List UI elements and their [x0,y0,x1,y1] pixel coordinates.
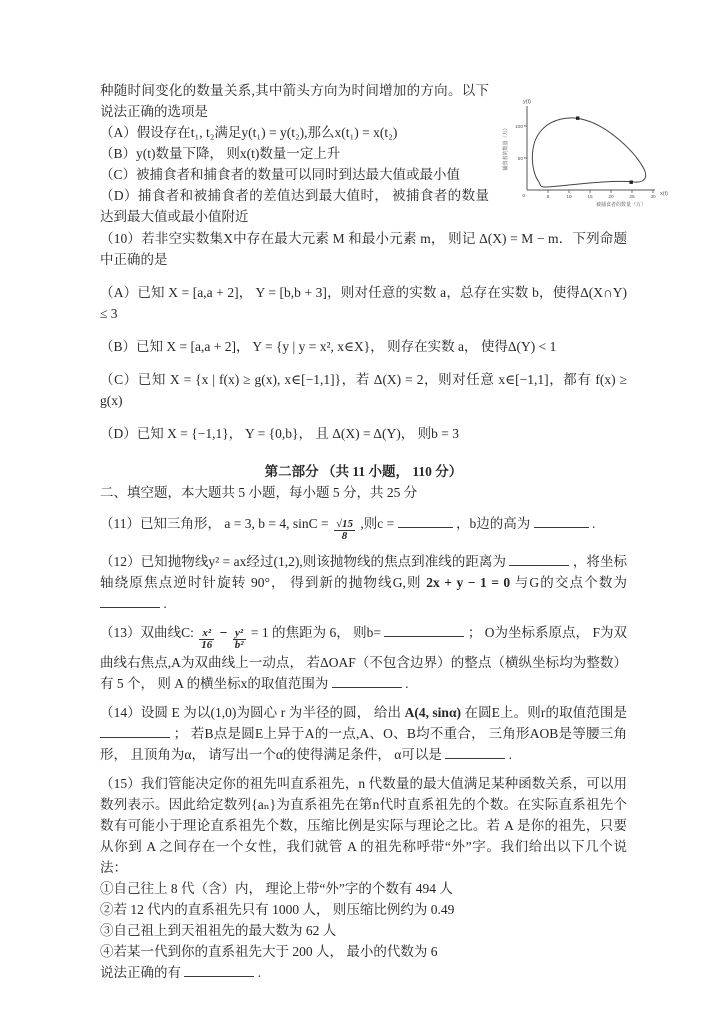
answer-blank [445,745,505,759]
q15-statement-4: ④若某一代到你的直系祖先大于 200 人， 最小的代数为 6 [100,941,627,962]
origin-label: 0 [522,193,525,199]
answer-blank [398,514,453,528]
q11-text: （11）已知三角形， a = 3, b = 4, sinC = [100,516,329,531]
q10-option-c: （C）已知 X = {x | f(x) ≥ g(x), x∈[−1,1]}，若 … [100,369,627,411]
q13-fraction-x: x²16 [199,628,214,652]
y-tick-label-100: 100 [515,124,523,130]
x-axis-title: 被捕食者的数量（万） [596,201,646,208]
q14-text: 在圆E上。则r的取值范围是 [464,705,627,720]
marked-point-top [576,117,579,120]
q14-point-a: A(4, sinα) [405,705,461,720]
predator-prey-phase-chart: y(t) x(t) 100 50 0 5 10 15 20 25 30 捕食者的… [497,96,667,216]
q10-option-a: （A）已知 X = [a,a + 2]， Y = [b,b + 3]，则对任意的… [100,282,627,324]
q15-statement-3: ③自己祖上到天祖祖先的最大数为 62 人 [100,920,627,941]
q11-text: ，b边的高为 [456,516,530,531]
part2-title: 第二部分 （共 11 小题， 110 分） [100,461,627,482]
fraction-denominator: b² [233,640,246,652]
q12-text: . [163,596,166,611]
answer-blank [100,594,160,608]
x-tick-label-25: 25 [629,194,635,200]
option-label: （D） [100,188,138,203]
q14-text: . [509,747,512,762]
answer-blank [184,963,254,977]
option-label: （C） [100,167,136,182]
option-label: （A） [100,125,137,140]
answer-blank [100,724,170,738]
q13-text: = 1 的焦距为 6， 则b= [251,625,381,640]
q15-statement-2: ②若 12 代内的直系祖先只有 1000 人， 则压缩比例约为 0.49 [100,899,627,920]
x-tick-label-30: 30 [650,194,656,200]
q12-text: （12）已知抛物线y² = ax经过(1,2),则该抛物线的焦点到准线的距离为 [100,554,506,569]
q13-text: . [405,676,408,691]
q12: （12）已知抛物线y² = ax经过(1,2),则该抛物线的焦点到准线的距离为 … [100,551,627,614]
option-label: （B） [100,146,136,161]
option-text: y(t)数量下降， 则x(t)数量一定上升 [136,146,340,161]
y-tick-label-50: 50 [518,156,524,162]
q15-stem: （15）我们管能决定你的祖先叫直系祖先，n 代数量的最大值满足某种函数关系，可以… [100,773,627,878]
x-axis-var-label: x(t) [660,191,668,197]
phase-plot-svg: y(t) x(t) 100 50 0 5 10 15 20 25 30 捕食者的… [497,96,669,210]
q11-text: ,则c = [360,516,394,531]
q13-fraction-y: y²b² [233,628,246,652]
answer-blank [509,552,569,566]
x-tick-label-20: 20 [608,194,614,200]
q10-option-b: （B）已知 X = [a,a + 2]， Y = {y | y = x², x∈… [100,336,627,357]
answer-blank [332,674,402,688]
q15: （15）我们管能决定你的祖先叫直系祖先，n 代数量的最大值满足某种函数关系，可以… [100,773,627,983]
part2-subtitle: 二、填空题，本大题共 5 小题，每小题 5 分，共 25 分 [100,482,627,503]
x-tick-label-10: 10 [566,194,572,200]
q14-text: （14）设圆 E 为以(1,0)为圆心 r 为半径的圆， 给出 [100,705,401,720]
fraction-denominator: 16 [199,640,214,652]
x-tick-label-5: 5 [547,194,550,200]
answer-blank [534,514,589,528]
q14: （14）设圆 E 为以(1,0)为圆心 r 为半径的圆， 给出 A(4, sin… [100,702,627,765]
exam-page-content: y(t) x(t) 100 50 0 5 10 15 20 25 30 捕食者的… [100,80,627,983]
q13: （13）双曲线C: x²16 − y²b² = 1 的焦距为 6， 则b= ； … [100,622,627,694]
q15-final: 说法正确的有 . [100,962,627,983]
option-text: 捕食者和被捕食者的差值达到最大值时， 被捕食者的数量达到最大值或最小值附近 [100,188,489,224]
q15-final-end: . [258,965,261,980]
q13-text: （13）双曲线C: [100,625,194,640]
q15-final-text: 说法正确的有 [100,965,181,980]
option-text: 假设存在t₁, t₂满足y(t₁) = y(t₂),那么x(t₁) = x(t₂… [137,125,398,140]
q11-fraction: √158 [334,519,355,543]
answer-blank [384,623,464,637]
q10-option-d: （D）已知 X = {−1,1}， Y = {0,b}， 且 Δ(X) = Δ(… [100,423,627,444]
q15-statement-1: ①自己往上 8 代（含）内， 理论上带“外”字的个数有 494 人 [100,878,627,899]
marked-point-right [630,181,633,184]
q12-equation: 2x + y − 1 = 0 [426,575,510,590]
q13-minus-sign: − [220,625,228,640]
y-axis-var-label: y(t) [523,99,531,105]
q11-text: . [592,516,595,531]
y-axis-title: 捕食者的数量（万） [502,125,509,170]
option-text: 被捕食者和捕食者的数量可以同时到达最大值或最小值 [136,167,460,182]
q12-text: 与G的交点个数为 [515,575,627,590]
q10-stem: （10）若非空实数集X中存在最大元素 M 和最小元素 m， 则记 Δ(X) = … [100,228,627,270]
q11: （11）已知三角形， a = 3, b = 4, sinC = √158 ,则c… [100,513,627,543]
cycle-curve [532,118,645,187]
fraction-denominator: 8 [334,531,355,543]
x-tick-label-15: 15 [587,194,593,200]
q14-text: ； 若B点是圆E上异于A的一点,A、O、B均不重合， 三角形AOB是等腰三角形，… [100,726,627,762]
